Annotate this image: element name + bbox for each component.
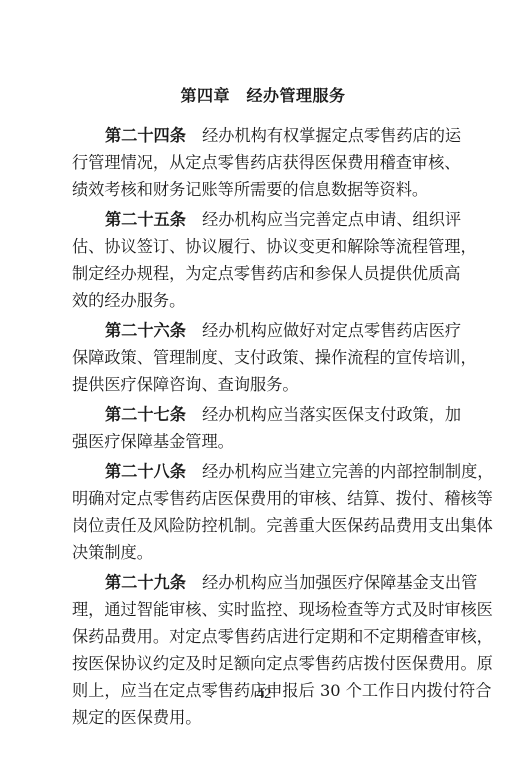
- article-text: 提供医疗保障咨询、查询服务。: [72, 375, 299, 394]
- article-line: 保药品费用。对定点零售药店进行定期和不定期稽查审核，: [72, 623, 454, 650]
- article-line: 效的经办服务。: [72, 287, 454, 314]
- article-28: 第二十八条 经办机构应当建立完善的内部控制制度，明确对定点零售药店医保费用的审核…: [72, 458, 454, 566]
- article-first-line: 第二十六条 经办机构应做好对定点零售药店医疗: [72, 317, 454, 344]
- article-number: 第二十七条: [105, 405, 186, 424]
- article-text: 估、协议签订、协议履行、协议变更和解除等流程管理，: [72, 237, 477, 256]
- article-text: 经办机构应当落实医保支付政策，加: [202, 405, 461, 424]
- article-line: 规定的医保费用。: [72, 704, 454, 731]
- article-line: 行管理情况，从定点零售药店获得医保费用稽查审核、: [72, 149, 454, 176]
- article-text: 行管理情况，从定点零售药店获得医保费用稽查审核、: [72, 153, 461, 172]
- article-list: 第二十四条 经办机构有权掌握定点零售药店的运行管理情况，从定点零售药店获得医保费…: [72, 122, 454, 731]
- article-text: 经办机构应当完善定点申请、组织评: [202, 210, 461, 229]
- article-number: 第二十八条: [105, 462, 186, 481]
- article-text: 按医保协议约定及时足额向定点零售药店拨付医保费用。原: [72, 654, 493, 673]
- article-27: 第二十七条 经办机构应当落实医保支付政策，加强医疗保障基金管理。: [72, 401, 454, 455]
- article-text: 规定的医保费用。: [72, 708, 202, 727]
- article-first-line: 第二十五条 经办机构应当完善定点申请、组织评: [72, 206, 454, 233]
- article-line: 明确对定点零售药店医保费用的审核、结算、拨付、稽核等: [72, 485, 454, 512]
- article-text: 经办机构有权掌握定点零售药店的运: [202, 126, 461, 145]
- article-line: 提供医疗保障咨询、查询服务。: [72, 371, 454, 398]
- article-24: 第二十四条 经办机构有权掌握定点零售药店的运行管理情况，从定点零售药店获得医保费…: [72, 122, 454, 203]
- article-text: 效的经办服务。: [72, 291, 185, 310]
- article-line: 制定经办规程，为定点零售药店和参保人员提供优质高: [72, 260, 454, 287]
- document-page: 第四章 经办管理服务 第二十四条 经办机构有权掌握定点零售药店的运行管理情况，从…: [72, 82, 454, 734]
- article-text: 理，通过智能审核、实时监控、现场检查等方式及时审核医: [72, 600, 493, 619]
- article-text: 保药品费用。对定点零售药店进行定期和不定期稽查审核，: [72, 627, 493, 646]
- article-text: 经办机构应当建立完善的内部控制制度，: [202, 462, 493, 481]
- article-first-line: 第二十九条 经办机构应当加强医疗保障基金支出管: [72, 569, 454, 596]
- article-line: 理，通过智能审核、实时监控、现场检查等方式及时审核医: [72, 596, 454, 623]
- article-text: 明确对定点零售药店医保费用的审核、结算、拨付、稽核等: [72, 489, 493, 508]
- article-number: 第二十六条: [105, 321, 186, 340]
- article-number: 第二十五条: [105, 210, 186, 229]
- article-number: 第二十九条: [105, 573, 186, 592]
- page-number: 42: [0, 686, 528, 703]
- article-line: 保障政策、管理制度、支付政策、操作流程的宣传培训，: [72, 344, 454, 371]
- article-text: 绩效考核和财务记账等所需要的信息数据等资料。: [72, 180, 428, 199]
- article-line: 岗位责任及风险防控机制。完善重大医保药品费用支出集体: [72, 512, 454, 539]
- article-text: 保障政策、管理制度、支付政策、操作流程的宣传培训，: [72, 348, 477, 367]
- article-text: 岗位责任及风险防控机制。完善重大医保药品费用支出集体: [72, 516, 493, 535]
- article-text: 制定经办规程，为定点零售药店和参保人员提供优质高: [72, 264, 461, 283]
- article-first-line: 第二十七条 经办机构应当落实医保支付政策，加: [72, 401, 454, 428]
- article-25: 第二十五条 经办机构应当完善定点申请、组织评估、协议签订、协议履行、协议变更和解…: [72, 206, 454, 314]
- article-text: 强医疗保障基金管理。: [72, 432, 234, 451]
- article-first-line: 第二十四条 经办机构有权掌握定点零售药店的运: [72, 122, 454, 149]
- chapter-title: 第四章 经办管理服务: [72, 82, 454, 110]
- article-text: 决策制度。: [72, 543, 153, 562]
- article-number: 第二十四条: [105, 126, 186, 145]
- article-line: 决策制度。: [72, 539, 454, 566]
- article-first-line: 第二十八条 经办机构应当建立完善的内部控制制度，: [72, 458, 454, 485]
- article-line: 强医疗保障基金管理。: [72, 428, 454, 455]
- article-29: 第二十九条 经办机构应当加强医疗保障基金支出管理，通过智能审核、实时监控、现场检…: [72, 569, 454, 731]
- article-line: 估、协议签订、协议履行、协议变更和解除等流程管理，: [72, 233, 454, 260]
- article-26: 第二十六条 经办机构应做好对定点零售药店医疗保障政策、管理制度、支付政策、操作流…: [72, 317, 454, 398]
- article-line: 按医保协议约定及时足额向定点零售药店拨付医保费用。原: [72, 650, 454, 677]
- article-text: 经办机构应当加强医疗保障基金支出管: [202, 573, 477, 592]
- article-text: 经办机构应做好对定点零售药店医疗: [202, 321, 461, 340]
- article-line: 绩效考核和财务记账等所需要的信息数据等资料。: [72, 176, 454, 203]
